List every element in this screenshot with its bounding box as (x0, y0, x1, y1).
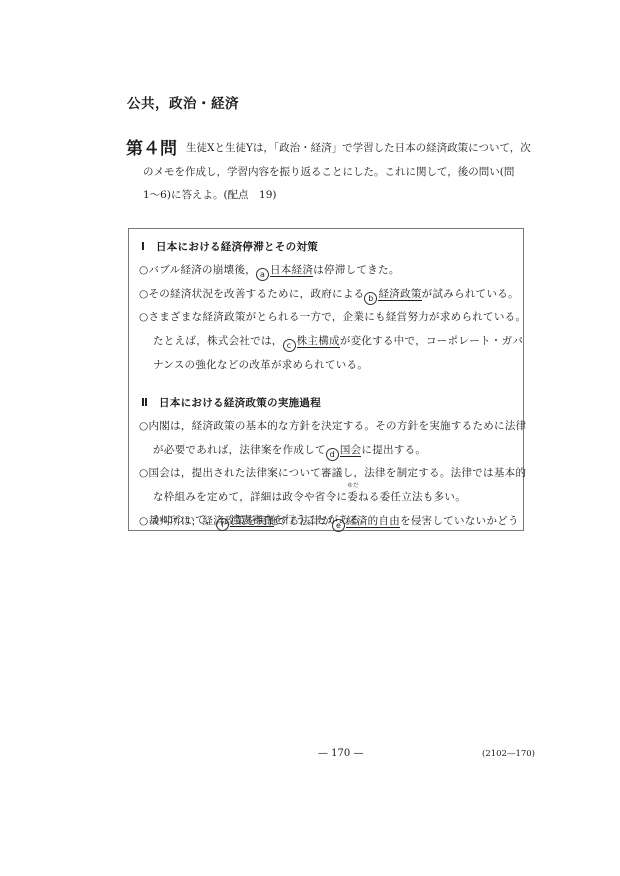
text: ○さまざまな経済政策がとられる一方で，企業にも経営努力が求められている。 (139, 311, 526, 323)
exam-code: (2102—170) (482, 749, 535, 759)
text: かについて， (152, 514, 216, 526)
text: たとえば，株式会社では， (153, 335, 283, 347)
memo-line: たとえば，株式会社では，c株主構成が変化する中で，コーポレート・ガバ (153, 333, 523, 352)
text: を侵害していないかどう (400, 515, 519, 527)
underlined-term-c: 株主構成 (297, 335, 340, 348)
text: ○バブル経済の崩壊後， (139, 264, 256, 276)
text: ○その経済状況を改善するために，政府による (139, 288, 364, 300)
memo-line: ○国会は，提出された法律案について審議し，法律を制定する。法律では基本的 (139, 465, 526, 480)
intro-line: のメモを作成し，学習内容を振り返ることにした。これに関して，後の問い(問 (143, 164, 514, 179)
subject-heading: 公共，政治・経済 (127, 92, 239, 112)
marker-a: a (256, 268, 269, 281)
section-1-title: Ⅰ 日本における経済停滞とその対策 (141, 239, 318, 254)
ruby-term: ゆだ委 (347, 489, 358, 504)
page-number: — 170 — (318, 748, 363, 759)
memo-line: ○内閣は，経済政策の基本的な方針を決定する。その方針を実施するために法律 (139, 418, 526, 433)
question-number: 第４問 (126, 134, 177, 159)
underlined-term-f: 違憲審査 (230, 514, 273, 527)
text: ナンスの強化などの改革が求められている。 (153, 359, 368, 371)
memo-line: ○その経済状況を改善するために，政府によるb経済政策が試みられている。 (139, 286, 519, 305)
memo-line: ○さまざまな経済政策がとられる一方で，企業にも経営努力が求められている。 (139, 309, 526, 324)
marker-d: d (326, 448, 339, 461)
text: な枠組みを定めて，詳細は政令や省令に (153, 491, 347, 503)
memo-line: ○バブル経済の崩壊後，a日本経済は停滞してきた。 (139, 262, 400, 281)
underlined-term-d: 国会 (340, 444, 362, 457)
memo-line: かについて，f違憲審査を行うことがある。 (152, 512, 371, 531)
ruby-base: 委 (347, 491, 358, 503)
text: に提出する。 (361, 444, 426, 456)
memo-line: な枠組みを定めて，詳細は政令や省令にゆだ委ねる委任立法も多い。 (153, 489, 466, 504)
marker-c: c (283, 339, 296, 352)
text: が必要であれば，法律案を作成して (153, 444, 326, 456)
marker-b: b (364, 292, 377, 305)
intro-line: 生徒Xと生徒Yは，「政治・経済」で学習した日本の経済政策について，次 (186, 140, 531, 155)
text: が試みられている。 (422, 288, 519, 300)
text: ○内閣は，経済政策の基本的な方針を決定する。その方針を実施するために法律 (139, 420, 526, 432)
underlined-term-a: 日本経済 (270, 264, 313, 277)
underlined-term-b: 経済政策 (378, 288, 421, 301)
text: は停滞してきた。 (313, 264, 399, 276)
section-2-title: Ⅱ 日本における経済政策の実施過程 (141, 395, 321, 410)
memo-line: が必要であれば，法律案を作成してd国会に提出する。 (153, 442, 426, 461)
text: を行うことがある。 (274, 514, 371, 526)
intro-line: 1～6)に答えよ。(配点 19) (143, 187, 277, 202)
text: ○国会は，提出された法律案について審議し，法律を制定する。法律では基本的 (139, 467, 526, 479)
memo-box: Ⅰ 日本における経済停滞とその対策 ○バブル経済の崩壊後，a日本経済は停滞してき… (128, 228, 524, 531)
marker-f: f (216, 518, 229, 531)
text: が変化する中で，コーポレート・ガバ (340, 335, 523, 347)
memo-line: ナンスの強化などの改革が求められている。 (153, 357, 368, 372)
text: ねる委任立法も多い。 (358, 491, 466, 503)
ruby-reading: ゆだ (347, 481, 359, 489)
